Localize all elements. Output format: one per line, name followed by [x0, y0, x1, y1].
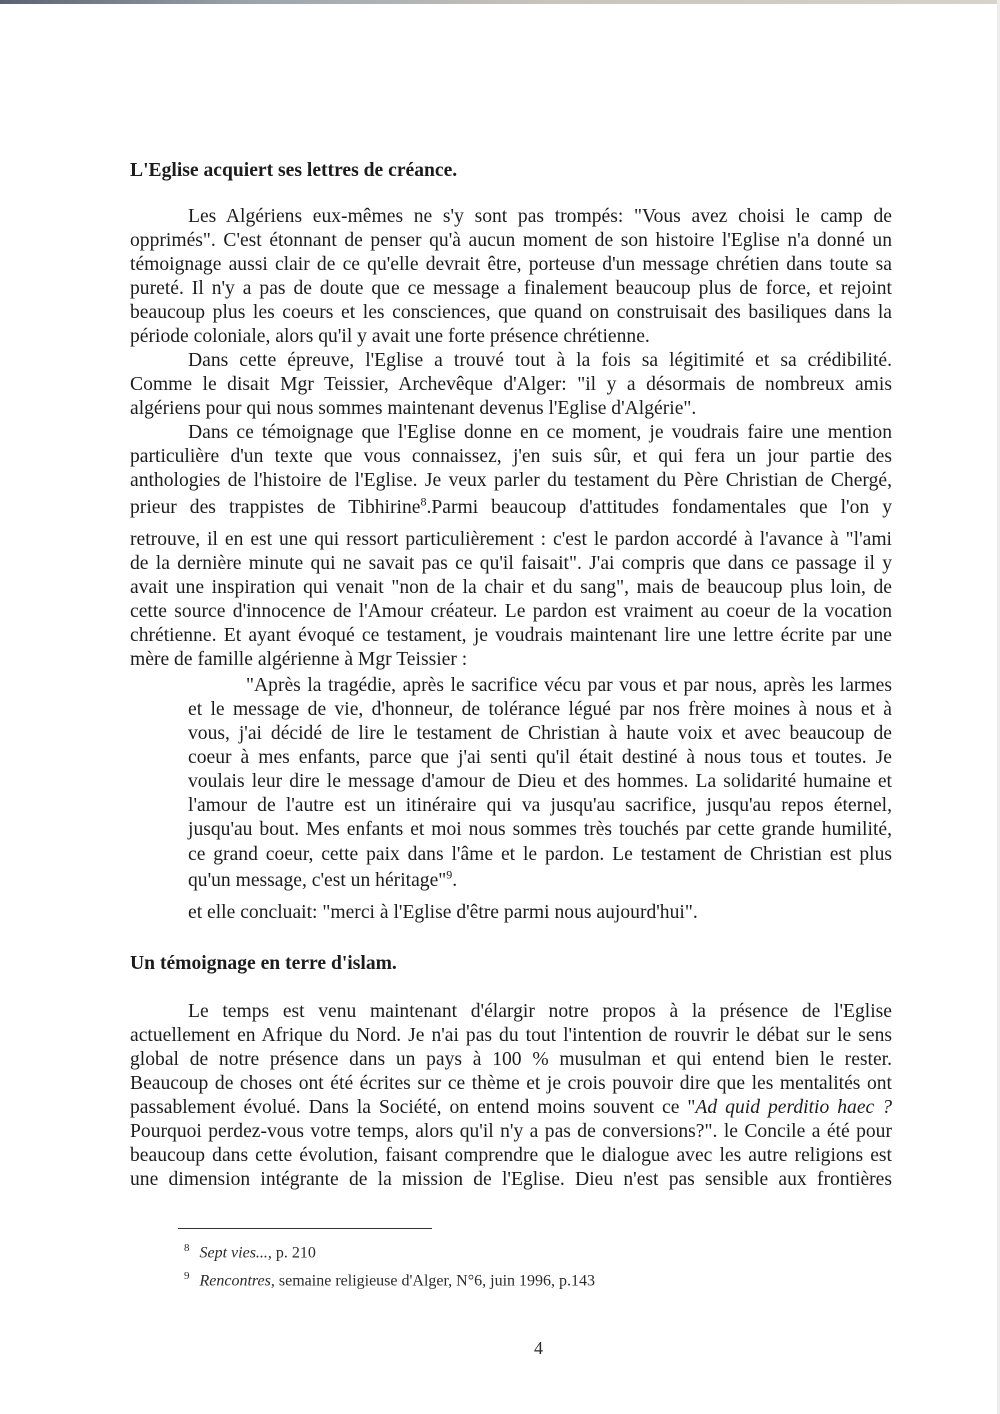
paragraph-line: chrétienne. Et ayant évoqué ce testament… [130, 624, 892, 648]
paragraph-line: Pourquoi perdez-vous votre temps, alors … [130, 1120, 892, 1144]
quote-line: et le message de vie, d'honneur, de tolé… [188, 698, 892, 722]
paragraph-line: retrouve, il en est une qui ressort part… [130, 528, 892, 552]
paragraph-line: actuellement en Afrique du Nord. Je n'ai… [130, 1024, 892, 1048]
paragraph-line: Les Algériens eux-mêmes ne s'y sont pas … [130, 205, 892, 229]
paragraph-line: Dans ce témoignage que l'Eglise donne en… [130, 421, 892, 445]
paragraph-line-with-latin: passablement évolué. Dans la Société, on… [130, 1096, 892, 1120]
paragraph-line: cette source d'innocence de l'Amour créa… [130, 600, 892, 624]
line-text: passablement évolué. Dans la Société, on… [130, 1097, 695, 1118]
quote-line: l'amour de l'autre est un itinéraire qui… [188, 794, 892, 818]
quote-line: "Après la tragédie, après le sacrifice v… [188, 674, 892, 698]
line-text: .Parmi beaucoup d'attitudes fondamentale… [426, 497, 892, 518]
paragraph-line: Dans cette épreuve, l'Eglise a trouvé to… [130, 349, 892, 373]
quote-line: coeur à mes enfants, parce que j'ai sent… [188, 746, 892, 770]
quote-line-with-footnote: qu'un message, c'est un héritage"9. [188, 869, 892, 893]
paragraph-line: une dimension intégrante de la mission d… [130, 1168, 892, 1192]
paragraph-line: global de notre présence dans un pays à … [130, 1048, 892, 1072]
paragraph-line: avait une inspiration qui venait "non de… [130, 576, 892, 600]
paragraph-line: beaucoup plus les coeurs et les conscien… [130, 301, 892, 325]
paragraph-line: particulière d'un texte que vous connais… [130, 445, 892, 469]
quote-line: ce grand coeur, cette paix dans l'âme et… [188, 843, 892, 867]
quote-conclusion: et elle concluait: "merci à l'Eglise d'ê… [188, 901, 892, 925]
quote-line: jusqu'au bout. Mes enfants et moi nous s… [188, 818, 892, 842]
footnote-separator [178, 1228, 432, 1229]
scan-edge [0, 0, 1000, 4]
footnote-9: 9Rencontres, semaine religieuse d'Alger,… [184, 1270, 595, 1290]
quote-line: vous, j'ai décidé de lire le testament d… [188, 722, 892, 746]
paragraph-line: beaucoup dans cette évolution, faisant c… [130, 1144, 892, 1168]
paragraph-line: opprimés". C'est étonnant de penser qu'à… [130, 229, 892, 253]
paragraph-line: Comme le disait Mgr Teissier, Archevêque… [130, 373, 892, 397]
footnote-title: Sept vies... [200, 1244, 268, 1261]
paragraph-line: de la dernière minute qui ne savait pas … [130, 552, 892, 576]
paragraph-line: mère de famille algérienne à Mgr Teissie… [130, 648, 892, 672]
footnote-text: , semaine religieuse d'Alger, N°6, juin … [271, 1272, 595, 1289]
section-heading: L'Eglise acquiert ses lettres de créance… [130, 160, 457, 182]
latin-phrase: Ad quid perditio haec ? [695, 1097, 892, 1118]
paragraph-line: témoignage aussi clair de ce qu'elle dev… [130, 253, 892, 277]
page-number: 4 [534, 1338, 543, 1359]
line-text: prieur des trappistes de Tibhirine [130, 497, 420, 518]
paragraph-line: anthologies de l'histoire de l'Eglise. J… [130, 469, 892, 493]
line-text: . [452, 870, 457, 891]
paragraph-line: pureté. Il n'y a pas de doute que ce mes… [130, 277, 892, 301]
footnote-8: 8Sept vies..., p. 210 [184, 1242, 316, 1262]
section-heading: Un témoignage en terre d'islam. [130, 953, 397, 975]
footnote-number: 9 [184, 1270, 190, 1282]
paragraph-line-with-footnote: prieur des trappistes de Tibhirine8.Parm… [130, 496, 892, 520]
quote-line: voulais leur dire le message d'amour de … [188, 770, 892, 794]
footnote-number: 8 [184, 1242, 190, 1254]
paragraph-line: période coloniale, alors qu'il y avait u… [130, 325, 892, 349]
footnote-title: Rencontres [200, 1272, 271, 1289]
paragraph-line: Le temps est venu maintenant d'élargir n… [130, 1000, 892, 1024]
line-text: qu'un message, c'est un héritage" [188, 870, 446, 891]
paragraph-line: Beaucoup de choses ont été écrites sur c… [130, 1072, 892, 1096]
paragraph-line: algériens pour qui nous sommes maintenan… [130, 397, 892, 421]
footnote-text: , p. 210 [268, 1244, 316, 1261]
